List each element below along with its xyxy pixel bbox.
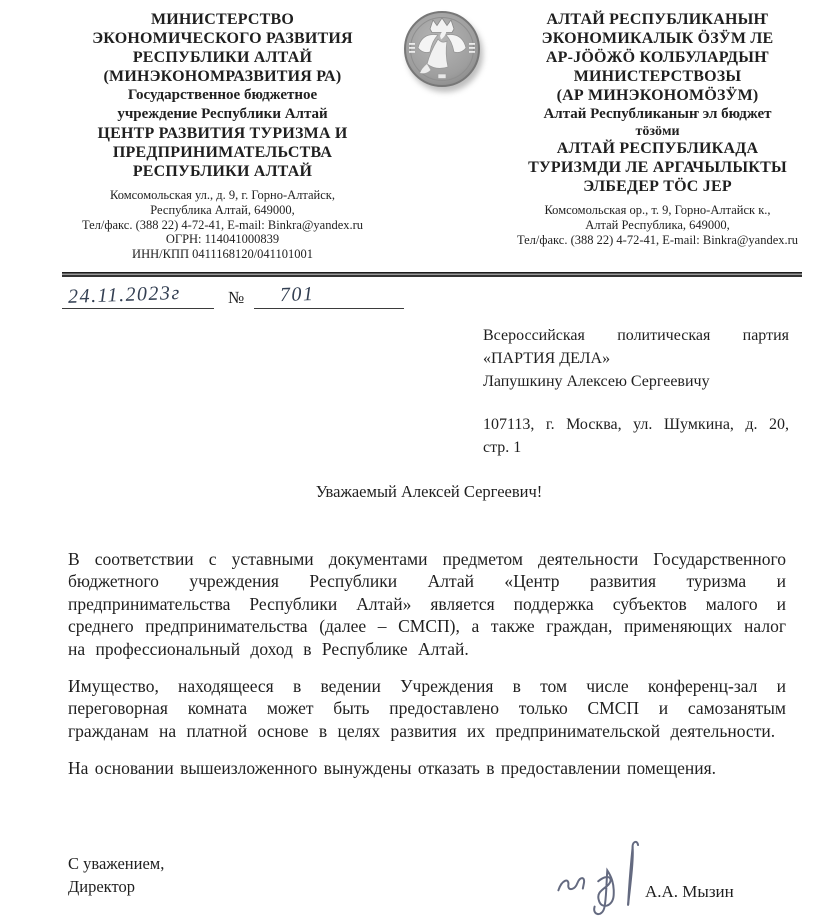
recipient-line: Лапушкину Алексею Сергеевичу: [483, 370, 789, 393]
letterhead-left: МИНИСТЕРСТВО ЭКОНОМИЧЕСКОГО РАЗВИТИЯ РЕС…: [55, 10, 390, 262]
closing-position-title: Директор: [68, 875, 164, 898]
contact-line: ИНН/КПП 0411168120/041101001: [55, 247, 390, 262]
org-name-line: учреждение Республики Алтай: [55, 105, 390, 124]
number-field: 701: [254, 284, 404, 309]
org-name-line: ПРЕДПРИНИМАТЕЛЬСТВА: [55, 143, 390, 162]
org-name-line: АЛТАЙ РЕСПУБЛИКАНЫҤ: [490, 10, 825, 29]
org-name-line: ТУРИЗМДИ ЛЕ АРГАЧЫЛЫКТЫ: [490, 158, 825, 177]
contact-line: Комсомольская ор., т. 9, Горно-Алтайск к…: [490, 203, 825, 218]
reference-row: 24.11.2023г № 701: [62, 282, 404, 309]
org-name-line: АЛТАЙ РЕСПУБЛИКАДА: [490, 139, 825, 158]
org-name-line: АР-JӦӦЖӦ КОЛБУЛАРДЫҤ: [490, 48, 825, 67]
number-sign-label: №: [228, 288, 244, 309]
letter-body: В соответствии с уставными документами п…: [68, 548, 786, 795]
recipient-line: Всероссийская политическая партия: [483, 324, 789, 347]
coat-of-arms-icon: [400, 8, 484, 92]
contact-line: Тел/факс. (388 22) 4-72-41, E-mail: Bink…: [490, 233, 825, 248]
date-field: 24.11.2023г: [62, 284, 214, 309]
recipient-line: «ПАРТИЯ ДЕЛА»: [483, 347, 789, 370]
handwritten-date: 24.11.2023г: [62, 282, 182, 310]
org-name-line: ЭКОНОМИКАЛЫК ӦЗӰМ ЛЕ: [490, 29, 825, 48]
signature-icon: [545, 836, 675, 922]
spacer: [483, 393, 789, 413]
org-name-line: РЕСПУБЛИКИ АЛТАЙ: [55, 48, 390, 67]
org-name-line: РЕСПУБЛИКИ АЛТАЙ: [55, 162, 390, 181]
contact-line: ОГРН: 114041000839: [55, 232, 390, 247]
handwritten-number: 701: [254, 283, 315, 309]
org-contacts: Комсомольская ул., д. 9, г. Горно-Алтайс…: [55, 188, 390, 262]
org-name-line: ЭКОНОМИЧЕСКОГО РАЗВИТИЯ: [55, 29, 390, 48]
org-name-line: МИНИСТЕРСТВО: [55, 10, 390, 29]
org-name-line: МИНИСТЕРСТВОЗЫ: [490, 67, 825, 86]
body-paragraph: На основании вышеизложенного вынуждены о…: [68, 757, 786, 779]
closing-respect-line: С уважением,: [68, 852, 164, 875]
org-name-line: ЭЛБЕДЕР ТӦС JЕР: [490, 177, 825, 196]
scanned-letter-page: МИНИСТЕРСТВО ЭКОНОМИЧЕСКОГО РАЗВИТИЯ РЕС…: [0, 0, 830, 922]
recipient-address-line: стр. 1: [483, 436, 789, 459]
org-name-line: (АР МИНЭКОНОМӦЗӰМ): [490, 86, 825, 105]
contact-line: Алтай Республика, 649000,: [490, 218, 825, 233]
body-paragraph: В соответствии с уставными документами п…: [68, 548, 786, 660]
signatory-name: А.А. Мызин: [645, 882, 734, 902]
org-name-line: тӧзӧми: [490, 124, 825, 139]
closing-block: С уважением, Директор: [68, 852, 164, 898]
salutation: Уважаемый Алексей Сергеевич!: [68, 482, 790, 502]
contact-line: Комсомольская ул., д. 9, г. Горно-Алтайс…: [55, 188, 390, 203]
org-name-line: ЦЕНТР РАЗВИТИЯ ТУРИЗМА И: [55, 124, 390, 143]
letterhead-right: АЛТАЙ РЕСПУБЛИКАНЫҤ ЭКОНОМИКАЛЫК ӦЗӰМ ЛЕ…: [490, 10, 825, 247]
recipient-block: Всероссийская политическая партия «ПАРТИ…: [483, 324, 789, 459]
org-name-line: Алтай Республиканыҥ эл бюджет: [490, 105, 825, 124]
contact-line: Республика Алтай, 649000,: [55, 203, 390, 218]
org-name-line: Государственное бюджетное: [55, 86, 390, 105]
contact-line: Тел/факс. (388 22) 4-72-41, E-mail: Bink…: [55, 218, 390, 233]
letterhead-divider: [62, 272, 802, 277]
org-name-line: (МИНЭКОНОМРАЗВИТИЯ РА): [55, 67, 390, 86]
org-contacts: Комсомольская ор., т. 9, Горно-Алтайск к…: [490, 203, 825, 247]
body-paragraph: Имущество, находящееся в ведении Учрежде…: [68, 675, 786, 742]
recipient-address-line: 107113, г. Москва, ул. Шумкина, д. 20,: [483, 413, 789, 436]
